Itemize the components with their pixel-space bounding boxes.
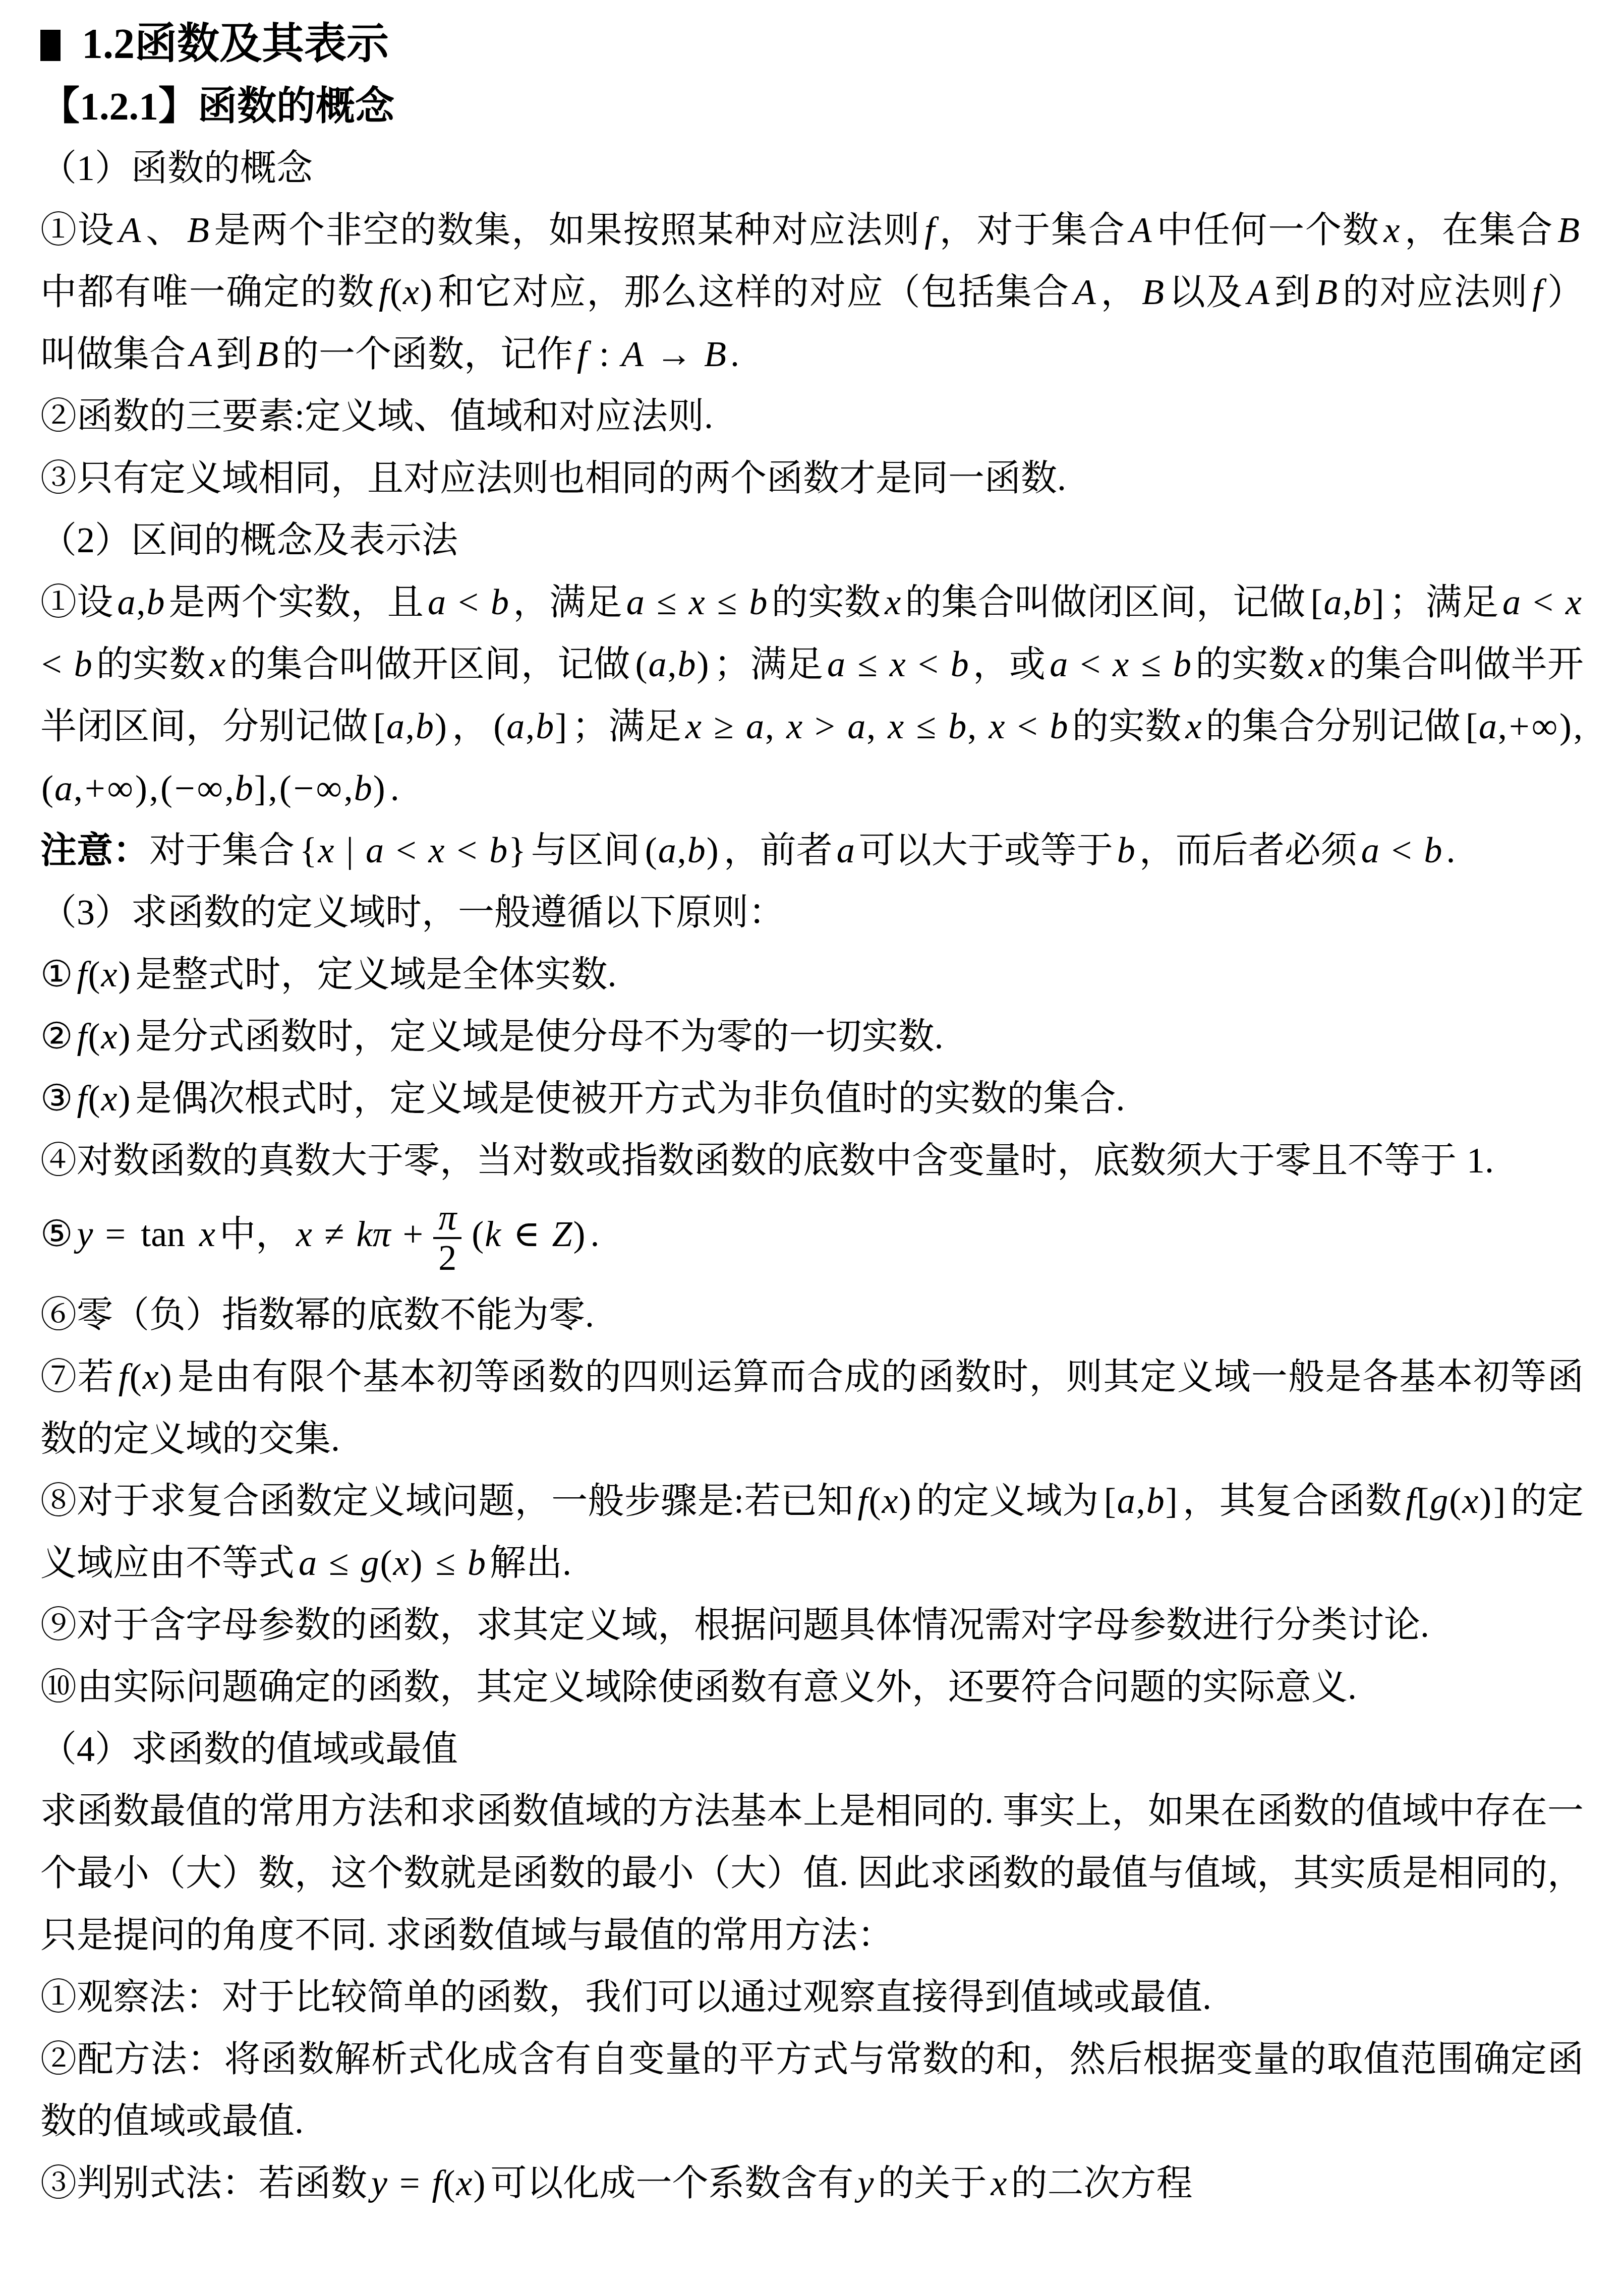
- text-run: ，在集合: [1404, 210, 1553, 250]
- math-run: f: [920, 210, 939, 250]
- para-note: 注意：对于集合{x | a < x < b}与区间(a,b)，前者a可以大于或等…: [40, 819, 1584, 881]
- text-run: 与区间: [531, 830, 640, 870]
- math-run: A: [1070, 272, 1100, 312]
- math-run: B: [1311, 272, 1342, 312]
- para-domain-rule-7: ⑦若f(x)是由有限个基本初等函数的四则运算而合成的函数时，则其定义域一般是各基…: [40, 1346, 1584, 1470]
- text-run: ⑨对于含字母参数的函数，求其定义域，根据问题具体情况需对字母参数进行分类讨论.: [40, 1605, 1429, 1645]
- math-run: [a,b]: [1099, 1481, 1183, 1521]
- math-run: tan: [131, 1214, 195, 1254]
- fraction-denominator: 2: [433, 1239, 461, 1277]
- text-run: .: [390, 768, 399, 808]
- math-run: f(x): [375, 272, 437, 312]
- section-heading: 1.2函数及其表示: [40, 13, 1584, 75]
- text-run: ⑤: [40, 1214, 73, 1254]
- math-run: y = f(x): [367, 2163, 491, 2203]
- block-heading-domain: （3）求函数的定义域时，一般遵循以下原则：: [40, 881, 1584, 944]
- text-run: 求函数最值的常用方法和求函数值域的方法基本上是相同的. 事实上，如果在函数的值域…: [40, 1791, 1584, 1955]
- text-run: ①设: [40, 210, 114, 250]
- para-function-definition: ①设A、B是两个非空的数集，如果按照某种对应法则f，对于集合A中任何一个数x，在…: [40, 199, 1584, 385]
- math-run: A: [1125, 210, 1155, 250]
- math-run: f(x): [73, 1016, 136, 1056]
- para-domain-rule-5: ⑤y = tan x中，x ≠ kπ +π2(k ∈ Z).: [40, 1192, 1584, 1284]
- text-run: ②函数的三要素:定义域、值域和对应法则.: [40, 396, 713, 436]
- math-run: x: [881, 582, 905, 622]
- text-run: 、: [145, 210, 183, 250]
- text-run: .: [730, 334, 739, 374]
- text-run: （1）函数的概念: [40, 148, 313, 188]
- math-run: {x | a < x < b}: [295, 830, 531, 870]
- math-run: a ≤ x ≤ b: [622, 582, 772, 622]
- text-run: 是两个非空的数集，如果按照某种对应法则: [213, 210, 920, 250]
- para-three-elements: ②函数的三要素:定义域、值域和对应法则.: [40, 385, 1584, 447]
- text-run: ⑧对于求复合函数定义域问题，一般步骤是:若已知: [40, 1481, 854, 1521]
- math-run: f(x): [854, 1481, 916, 1521]
- para-domain-rule-9: ⑨对于含字母参数的函数，求其定义域，根据问题具体情况需对字母参数进行分类讨论.: [40, 1594, 1584, 1656]
- para-method-discriminant: ③判别式法：若函数y = f(x)可以化成一个系数含有y的关于x的二次方程: [40, 2152, 1584, 2214]
- math-run: A: [114, 210, 145, 250]
- para-range-method-intro: 求函数最值的常用方法和求函数值域的方法基本上是相同的. 事实上，如果在函数的值域…: [40, 1780, 1584, 1966]
- para-method-complete-square: ②配方法：将函数解析式化成含有自变量的平方式与常数的和，然后根据变量的取值范围确…: [40, 2028, 1584, 2152]
- math-run: y: [854, 2163, 878, 2203]
- para-same-function: ③只有定义域相同，且对应法则也相同的两个函数才是同一函数.: [40, 447, 1584, 509]
- text-run: 和它对应，那么这样的对应（包括集合: [437, 272, 1070, 312]
- text-run: 中，: [219, 1214, 292, 1254]
- bold-text-run: 注意：: [40, 830, 149, 870]
- para-domain-rule-2: ②f(x)是分式函数时，定义域是使分母不为零的一切实数.: [40, 1006, 1584, 1068]
- text-run: 以及: [1168, 272, 1243, 312]
- block-heading-range: （4）求函数的值域或最值: [40, 1718, 1584, 1780]
- text-run: 解出.: [490, 1543, 571, 1583]
- math-run: x: [1181, 706, 1205, 746]
- math-run: a,b: [113, 582, 168, 622]
- text-run: 的一个函数，记作: [282, 334, 573, 374]
- text-run: ③只有定义域相同，且对应法则也相同的两个函数才是同一函数.: [40, 458, 1066, 498]
- text-run: 到: [1273, 272, 1311, 312]
- text-run: 的实数: [1072, 706, 1182, 746]
- text-run: ③: [40, 1078, 73, 1119]
- text-run: ①设: [40, 582, 113, 622]
- para-domain-rule-4: ④对数函数的真数大于零，当对数或指数函数的底数中含变量时，底数须大于零且不等于 …: [40, 1130, 1584, 1192]
- text-run: ①观察法：对于比较简单的函数，我们可以通过观察直接得到值域或最值.: [40, 1977, 1211, 2017]
- math-run: (a,b]: [488, 706, 572, 746]
- math-run: x ≠ kπ +: [292, 1214, 428, 1254]
- text-run: 可以化成一个系数含有: [491, 2163, 854, 2203]
- text-run: ⑦若: [40, 1357, 114, 1397]
- math-run: x ≥ a, x > a, x ≤ b, x < b: [681, 706, 1072, 746]
- text-run: ⑥零（负）指数幂的底数不能为零.: [40, 1295, 594, 1335]
- math-run: a: [833, 830, 859, 870]
- math-run: B: [1138, 272, 1168, 312]
- text-run: ；满足: [572, 706, 681, 746]
- text-run: .: [1446, 830, 1455, 870]
- text-run: 是两个实数，且: [168, 582, 424, 622]
- text-run: ②: [40, 1016, 73, 1056]
- math-run: f : A → B: [573, 334, 730, 374]
- text-run: ④对数函数的真数大于零，当对数或指数函数的底数中含变量时，底数须大于零且不等于: [40, 1140, 1457, 1181]
- text-run: ；满足: [714, 644, 823, 684]
- text-run: 中任何一个数: [1155, 210, 1379, 250]
- math-run: (k ∈ Z): [467, 1214, 590, 1254]
- block-heading-interval: （2）区间的概念及表示法: [40, 509, 1584, 571]
- para-domain-rule-10: ⑩由实际问题确定的函数，其定义域除使函数有意义外，还要符合问题的实际意义.: [40, 1656, 1584, 1718]
- math-run: b: [1113, 830, 1139, 870]
- text-run: 可以大于或等于: [859, 830, 1113, 870]
- math-run: A: [1243, 272, 1273, 312]
- math-run: (a,b): [640, 830, 724, 870]
- math-run: [a,b): [368, 706, 452, 746]
- text-run: ⑩由实际问题确定的函数，其定义域除使函数有意义外，还要符合问题的实际意义.: [40, 1667, 1357, 1707]
- text-run: ②配方法：将函数解析式化成含有自变量的平方式与常数的和，然后根据变量的取值范围确…: [40, 2039, 1584, 2141]
- text-run: 的实数: [96, 644, 206, 684]
- document-page: 1.2函数及其表示【1.2.1】函数的概念（1）函数的概念①设A、B是两个非空的…: [0, 0, 1624, 2292]
- text-run: ①: [40, 954, 73, 994]
- text-run: ，: [452, 706, 488, 746]
- subsection-heading: 【1.2.1】函数的概念: [40, 75, 1584, 137]
- text-run: 1.2函数及其表示: [82, 21, 389, 68]
- math-run: f(x): [73, 954, 136, 994]
- para-domain-rule-8: ⑧对于求复合函数定义域问题，一般步骤是:若已知f(x)的定义域为[a,b]，其复…: [40, 1470, 1584, 1594]
- text-run: 的对应法则: [1342, 272, 1528, 312]
- math-run: f: [1528, 272, 1546, 312]
- math-run: (a,b): [630, 644, 714, 684]
- math-run: f[g(x)]: [1402, 1481, 1511, 1521]
- text-run: 对于集合: [149, 830, 295, 870]
- text-run: 的关于: [878, 2163, 987, 2203]
- text-run: 中都有唯一确定的数: [40, 272, 375, 312]
- text-run: ，: [1100, 272, 1138, 312]
- text-run: 是分式函数时，定义域是使分母不为零的一切实数.: [136, 1016, 944, 1056]
- math-run: 1.: [1457, 1140, 1495, 1181]
- math-run: x: [1379, 210, 1404, 250]
- text-run: 的集合叫做闭区间，记做: [905, 582, 1305, 622]
- math-run: y =: [73, 1214, 131, 1254]
- text-run: ，其复合函数: [1183, 1481, 1402, 1521]
- text-run: 的实数: [772, 582, 881, 622]
- text-run: ，对于集合: [939, 210, 1125, 250]
- math-run: f(x): [73, 1078, 136, 1119]
- math-run: a ≤ g(x) ≤ b: [295, 1543, 490, 1583]
- text-run: 的集合叫做开区间，记做: [229, 644, 630, 684]
- math-run: a < x ≤ b: [1046, 644, 1195, 684]
- text-run: 的实数: [1195, 644, 1305, 684]
- text-run: 是由有限个基本初等函数的四则运算而合成的函数时，则其定义域一般是各基本初等函数的…: [40, 1357, 1584, 1459]
- para-domain-rule-3: ③f(x)是偶次根式时，定义域是使被开方式为非负值时的实数的集合.: [40, 1068, 1584, 1130]
- text-run: ，或: [973, 644, 1046, 684]
- math-run: f(x): [114, 1357, 177, 1397]
- block-heading-concept: （1）函数的概念: [40, 137, 1584, 199]
- math-run: x: [987, 2163, 1011, 2203]
- text-run: 【1.2.1】函数的概念: [40, 84, 394, 128]
- math-run: A: [186, 334, 216, 374]
- text-run: 是偶次根式时，定义域是使被开方式为非负值时的实数的集合.: [136, 1078, 1125, 1119]
- math-run: a < b: [424, 582, 513, 622]
- text-run: .: [591, 1214, 600, 1254]
- math-run: x: [205, 644, 229, 684]
- math-run: B: [252, 334, 282, 374]
- math-run: [a,b]: [1306, 582, 1389, 622]
- math-run: B: [1553, 210, 1584, 250]
- para-interval-definition: ①设a,b是两个实数，且a < b，满足a ≤ x ≤ b的实数x的集合叫做闭区…: [40, 571, 1584, 819]
- fraction: π2: [433, 1199, 461, 1277]
- math-run: a < b: [1357, 830, 1446, 870]
- math-run: x: [195, 1214, 219, 1254]
- text-run: 到: [216, 334, 252, 374]
- para-domain-rule-1: ①f(x)是整式时，定义域是全体实数.: [40, 944, 1584, 1006]
- text-run: （4）求函数的值域或最值: [40, 1729, 458, 1769]
- text-run: ③判别式法：若函数: [40, 2163, 367, 2203]
- section-marker-icon: [40, 30, 61, 61]
- math-run: a ≤ x < b: [823, 644, 973, 684]
- para-method-observe: ①观察法：对于比较简单的函数，我们可以通过观察直接得到值域或最值.: [40, 1966, 1584, 2028]
- text-run: ，而后者必须: [1139, 830, 1357, 870]
- document-body: 1.2函数及其表示【1.2.1】函数的概念（1）函数的概念①设A、B是两个非空的…: [40, 13, 1584, 2214]
- text-run: 的定义域为: [916, 1481, 1099, 1521]
- para-domain-rule-6: ⑥零（负）指数幂的底数不能为零.: [40, 1284, 1584, 1346]
- text-run: ，满足: [513, 582, 622, 622]
- text-run: （2）区间的概念及表示法: [40, 520, 458, 560]
- math-run: x: [1305, 644, 1329, 684]
- text-run: 是整式时，定义域是全体实数.: [136, 954, 617, 994]
- text-run: ，前者: [724, 830, 833, 870]
- fraction-numerator: π: [433, 1199, 461, 1239]
- text-run: 的集合分别记做: [1205, 706, 1461, 746]
- text-run: （3）求函数的定义域时，一般遵循以下原则：: [40, 892, 785, 932]
- math-run: B: [183, 210, 213, 250]
- text-run: 的二次方程: [1011, 2163, 1193, 2203]
- text-run: ；满足: [1389, 582, 1499, 622]
